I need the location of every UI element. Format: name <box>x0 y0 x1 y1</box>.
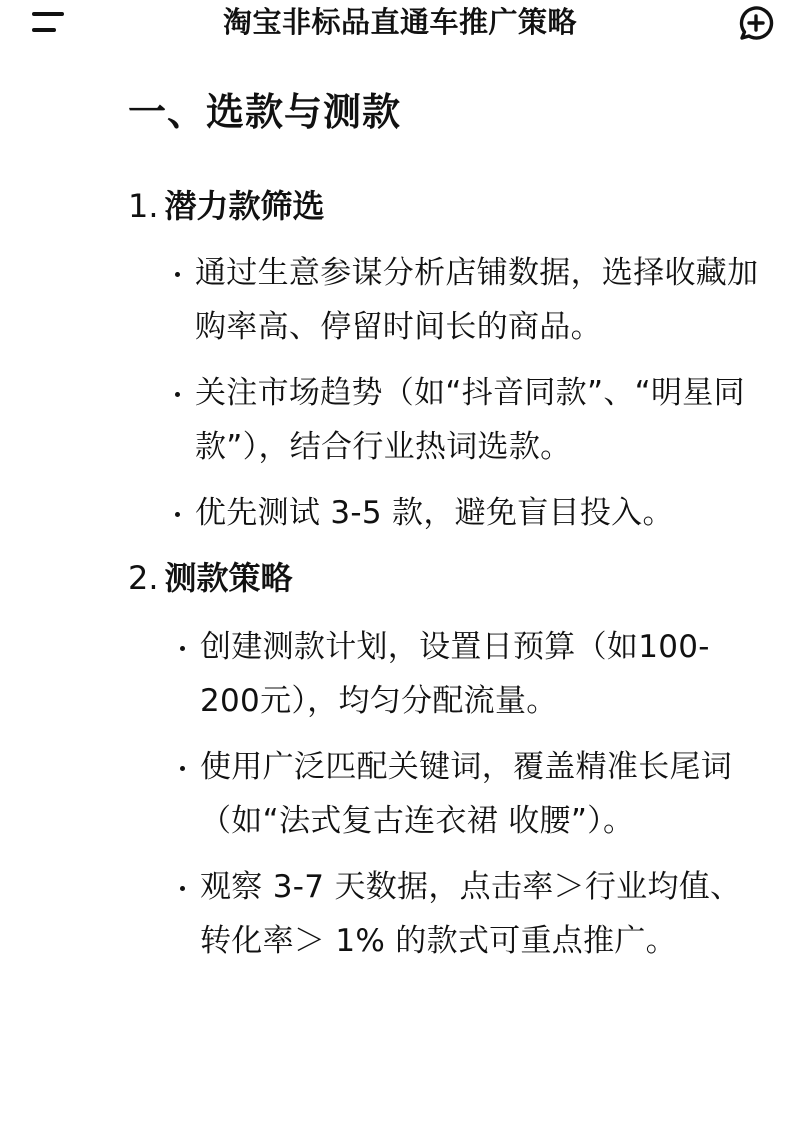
list-item: 创建测款计划，设置日预算（如100-200元），均匀分配流量。 <box>200 620 760 728</box>
menu-button[interactable] <box>26 4 70 40</box>
section-heading: 一、选款与测款 <box>128 86 401 138</box>
bullet-dot-icon <box>175 272 180 277</box>
bullet-dot-icon <box>175 512 180 517</box>
page-title: 淘宝非标品直通车推广策略 <box>150 2 650 42</box>
subsection-heading-1: 1.潜力款筛选 <box>128 184 325 228</box>
bullet-dot-icon <box>180 886 185 891</box>
subsection-title: 潜力款筛选 <box>165 187 325 225</box>
bullet-list-1: 通过生意参谋分析店铺数据，选择收藏加购率高、停留时间长的商品。 关注市场趋势（如… <box>195 246 770 552</box>
list-item: 优先测试 3-5 款，避免盲目投入。 <box>195 486 770 540</box>
list-item: 通过生意参谋分析店铺数据，选择收藏加购率高、停留时间长的商品。 <box>195 246 770 354</box>
bullet-dot-icon <box>175 392 180 397</box>
subsection-title: 测款策略 <box>165 559 293 597</box>
new-chat-button[interactable] <box>732 2 778 46</box>
bullet-dot-icon <box>180 646 185 651</box>
new-chat-plus-icon <box>732 2 778 46</box>
subsection-number: 1. <box>128 187 159 225</box>
top-bar: 淘宝非标品直通车推广策略 <box>0 0 800 48</box>
subsection-heading-2: 2.测款策略 <box>128 556 293 600</box>
list-item: 观察 3-7 天数据，点击率＞行业均值、转化率＞ 1% 的款式可重点推广。 <box>200 860 760 968</box>
list-item: 使用广泛匹配关键词，覆盖精准长尾词（如“法式复古连衣裙 收腰”）。 <box>200 740 760 848</box>
subsection-number: 2. <box>128 559 159 597</box>
list-item: 关注市场趋势（如“抖音同款”、“明星同款”），结合行业热词选款。 <box>195 366 770 474</box>
bullet-list-2: 创建测款计划，设置日预算（如100-200元），均匀分配流量。 使用广泛匹配关键… <box>200 620 760 980</box>
bullet-dot-icon <box>180 766 185 771</box>
